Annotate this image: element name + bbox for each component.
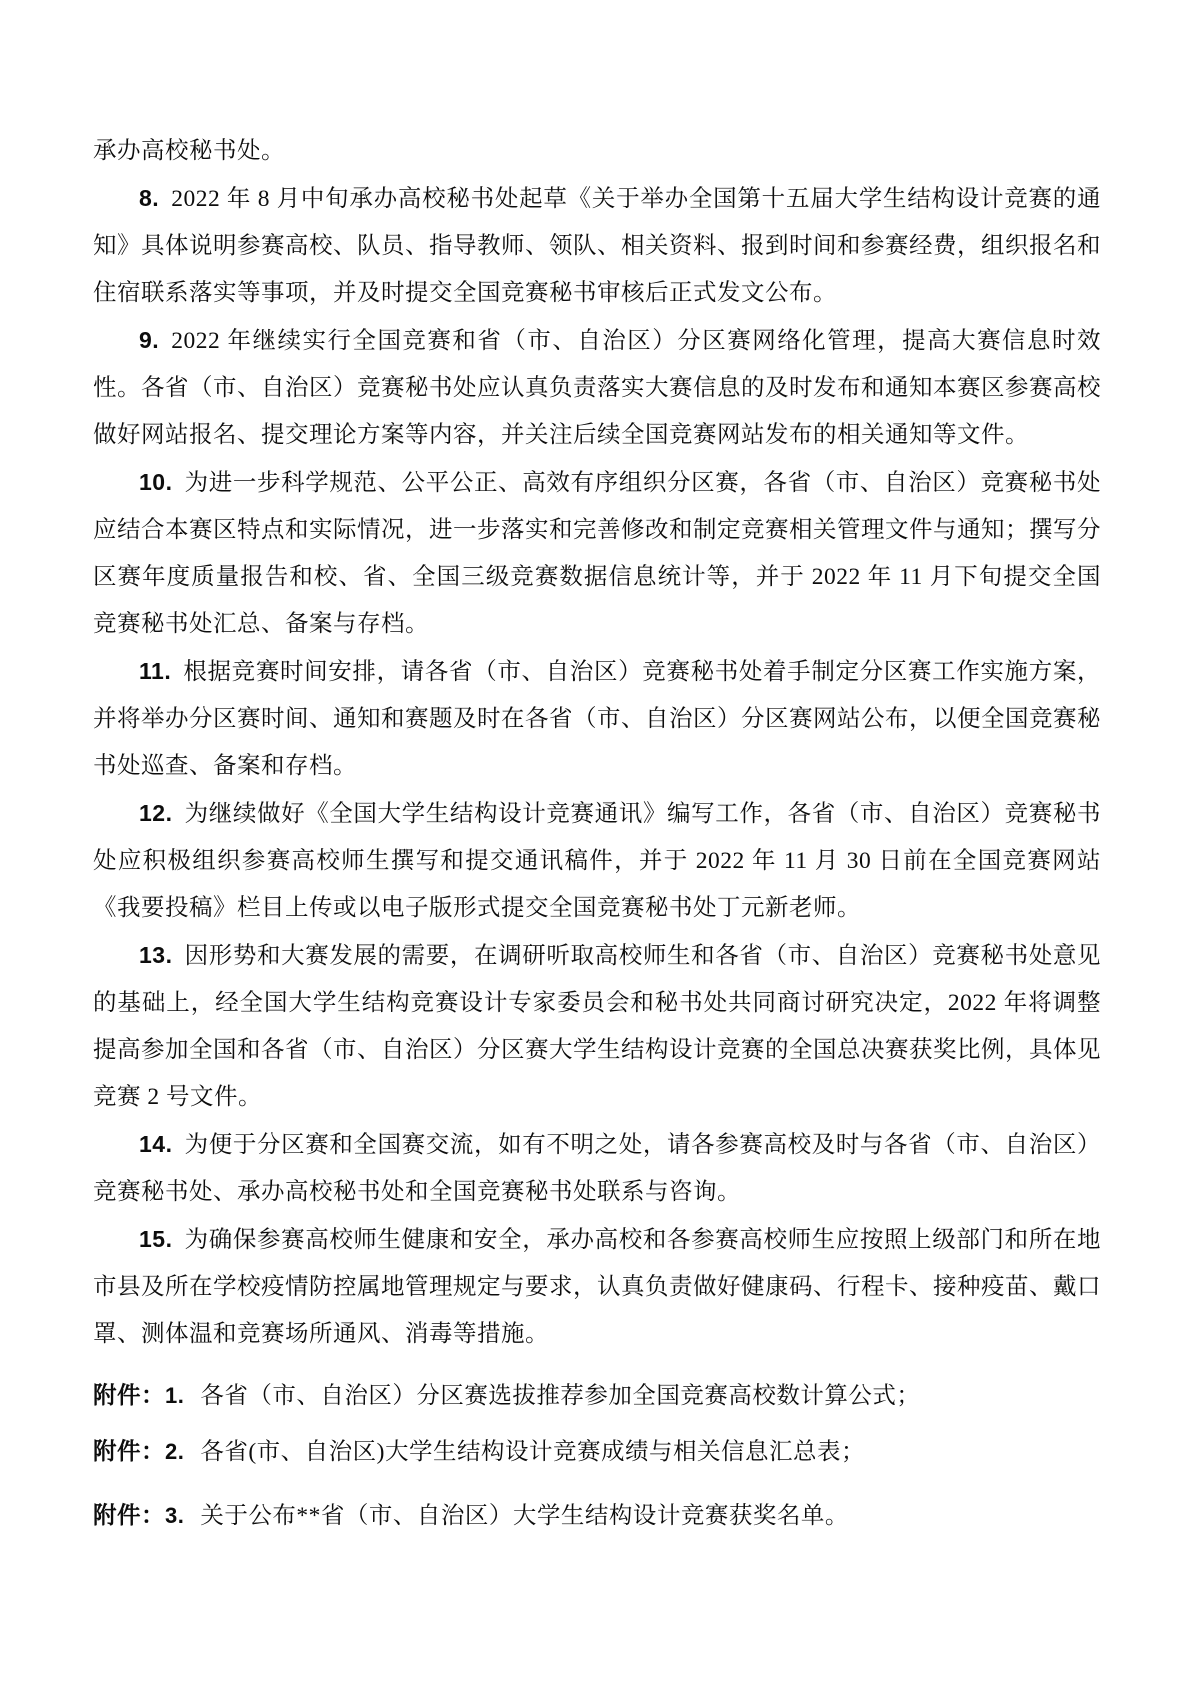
attachments-section: 附件：1.各省（市、自治区）分区赛选拔推荐参加全国竞赛高校数计算公式； 附件：2… <box>93 1372 1101 1540</box>
paragraph-14: 14.为便于分区赛和全国赛交流，如有不明之处，请各参赛高校及时与各省（市、自治区… <box>93 1121 1101 1216</box>
paragraph-14-text: 为便于分区赛和全国赛交流，如有不明之处，请各参赛高校及时与各省（市、自治区）竞赛… <box>93 1132 1101 1205</box>
paragraph-15: 15.为确保参赛高校师生健康和安全，承办高校和各参赛高校师生应按照上级部门和所在… <box>93 1216 1101 1358</box>
paragraph-10: 10.为进一步科学规范、公平公正、高效有序组织分区赛，各省（市、自治区）竞赛秘书… <box>93 459 1101 648</box>
attachment-2: 附件：2.各省(市、自治区)大学生结构设计竞赛成绩与相关信息汇总表； <box>93 1428 1101 1476</box>
paragraph-9-number: 9. <box>139 327 171 353</box>
paragraph-15-number: 15. <box>139 1226 184 1252</box>
paragraph-13-text: 因形势和大赛发展的需要，在调研听取高校师生和各省（市、自治区）竞赛秘书处意见的基… <box>93 943 1101 1110</box>
paragraph-8: 8.2022 年 8 月中旬承办高校秘书处起草《关于举办全国第十五届大学生结构设… <box>93 175 1101 317</box>
attachment-1-label: 附件： <box>93 1382 165 1408</box>
paragraph-11-number: 11. <box>139 658 183 684</box>
attachment-1-number: 1. <box>165 1383 200 1408</box>
paragraph-10-text: 为进一步科学规范、公平公正、高效有序组织分区赛，各省（市、自治区）竞赛秘书处应结… <box>93 470 1101 637</box>
paragraph-10-number: 10. <box>139 469 184 495</box>
attachment-3-number: 3. <box>165 1503 200 1528</box>
attachment-2-label: 附件： <box>93 1438 165 1464</box>
paragraph-9-text: 2022 年继续实行全国竞赛和省（市、自治区）分区赛网络化管理，提高大赛信息时效… <box>93 328 1101 448</box>
paragraph-12-text: 为继续做好《全国大学生结构设计竞赛通讯》编写工作，各省（市、自治区）竞赛秘书处应… <box>93 801 1101 921</box>
paragraph-12: 12.为继续做好《全国大学生结构设计竞赛通讯》编写工作，各省（市、自治区）竞赛秘… <box>93 790 1101 932</box>
paragraph-11: 11.根据竞赛时间安排，请各省（市、自治区）竞赛秘书处着手制定分区赛工作实施方案… <box>93 648 1101 790</box>
attachment-3-text: 关于公布**省（市、自治区）大学生结构设计竞赛获奖名单。 <box>200 1503 849 1529</box>
continuation-line: 承办高校秘书处。 <box>93 128 1101 175</box>
attachment-2-number: 2. <box>165 1439 200 1464</box>
paragraph-15-text: 为确保参赛高校师生健康和安全，承办高校和各参赛高校师生应按照上级部门和所在地市县… <box>93 1227 1101 1347</box>
paragraph-11-text: 根据竞赛时间安排，请各省（市、自治区）竞赛秘书处着手制定分区赛工作实施方案，并将… <box>93 659 1101 779</box>
document-page: 承办高校秘书处。 8.2022 年 8 月中旬承办高校秘书处起草《关于举办全国第… <box>0 0 1190 1683</box>
paragraph-9: 9.2022 年继续实行全国竞赛和省（市、自治区）分区赛网络化管理，提高大赛信息… <box>93 317 1101 459</box>
attachment-3: 附件：3.关于公布**省（市、自治区）大学生结构设计竞赛获奖名单。 <box>93 1492 1101 1540</box>
attachment-1: 附件：1.各省（市、自治区）分区赛选拔推荐参加全国竞赛高校数计算公式； <box>93 1372 1101 1420</box>
paragraph-13: 13.因形势和大赛发展的需要，在调研听取高校师生和各省（市、自治区）竞赛秘书处意… <box>93 932 1101 1121</box>
continuation-text: 承办高校秘书处。 <box>93 138 285 164</box>
attachment-2-text: 各省(市、自治区)大学生结构设计竞赛成绩与相关信息汇总表； <box>200 1439 865 1465</box>
attachment-1-text: 各省（市、自治区）分区赛选拔推荐参加全国竞赛高校数计算公式； <box>200 1383 920 1409</box>
paragraph-13-number: 13. <box>139 942 184 968</box>
document-body: 承办高校秘书处。 8.2022 年 8 月中旬承办高校秘书处起草《关于举办全国第… <box>93 128 1101 1540</box>
paragraph-12-number: 12. <box>139 800 184 826</box>
attachment-3-label: 附件： <box>93 1502 165 1528</box>
paragraph-14-number: 14. <box>139 1131 184 1157</box>
paragraph-8-number: 8. <box>139 185 171 211</box>
paragraph-8-text: 2022 年 8 月中旬承办高校秘书处起草《关于举办全国第十五届大学生结构设计竞… <box>93 186 1101 306</box>
